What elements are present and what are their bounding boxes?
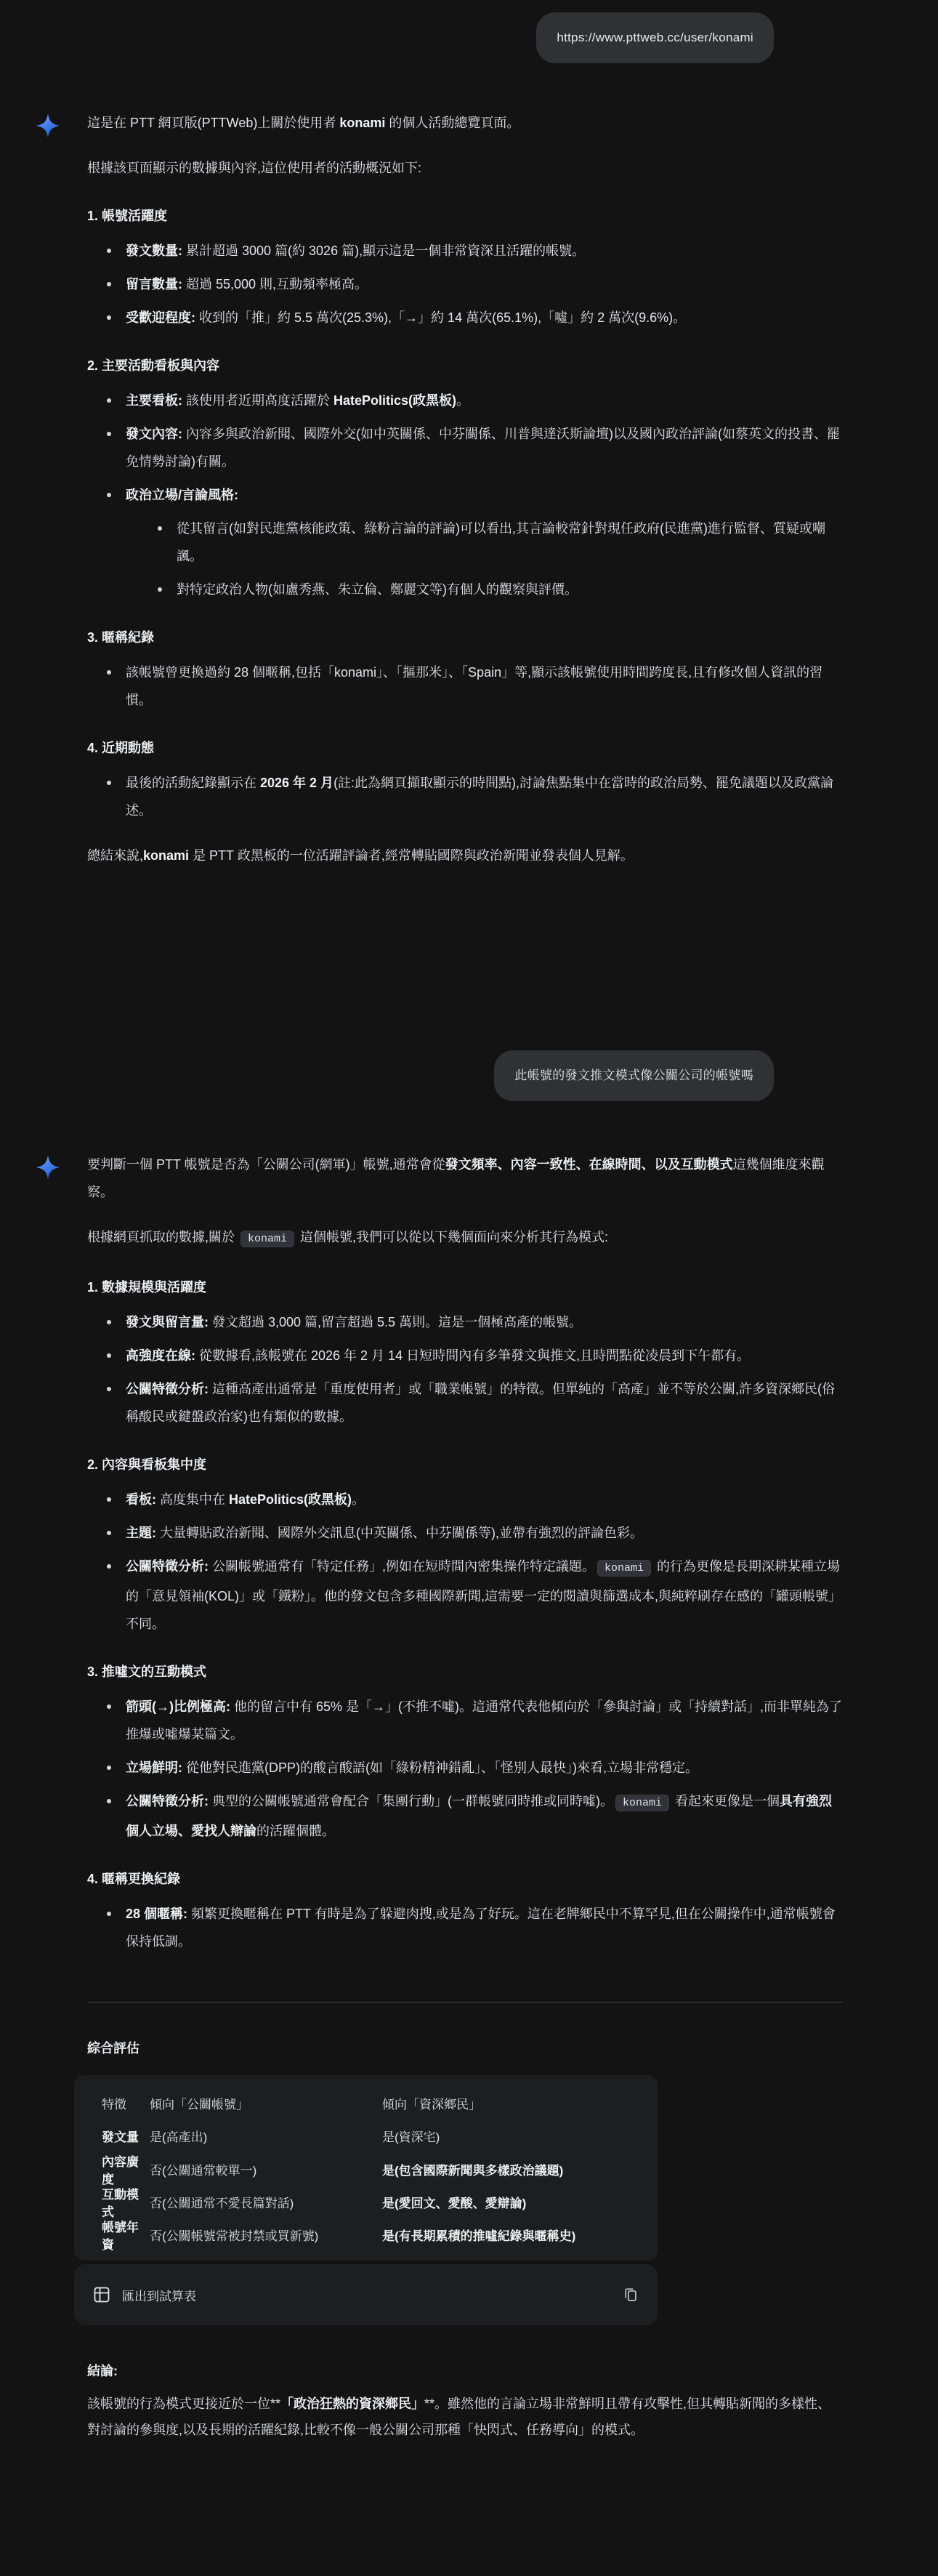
bold-text: konami — [143, 848, 189, 863]
copy-table-button[interactable] — [623, 2287, 639, 2303]
text-run: 典型的公關帳號通常會配合「集團行動」(一群帳號同時推或同時噓)。 — [209, 1794, 613, 1808]
list-item: 公關特徵分析: 典型的公關帳號通常會配合「集團行動」(一群帳號同時推或同時噓)。… — [126, 1787, 843, 1845]
bullet-list: 從其留言(如對民進黨核能政策、綠粉言論的評論)可以看出,其言論較常針對現任政府(… — [126, 515, 843, 603]
list-item: 發文數量: 累計超過 3000 篇(約 3026 篇),顯示這是一個非常資深且活… — [126, 237, 843, 265]
list-item: 政治立場/言論風格:從其留言(如對民進黨核能政策、綠粉言論的評論)可以看出,其言… — [126, 481, 843, 603]
text-run: 這種高產出通常是「重度使用者」或「職業帳號」的特徵。但單純的「高產」並不等於公關… — [126, 1382, 835, 1424]
bold-text: 政治立場/言論風格: — [126, 488, 238, 502]
list-item: 立場鮮明: 從他對民進黨(DPP)的酸言酸語(如「綠粉精神錯亂」、「怪別人最快」… — [126, 1754, 843, 1782]
text-run: 根據網頁抓取的數據,關於 — [87, 1230, 238, 1244]
bold-text: 發文頻率、內容一致性、在線時間、以及互動模式 — [445, 1157, 733, 1172]
bold-text: HatePolitics(政黑板) — [229, 1492, 352, 1507]
bold-text: 高強度在線: — [126, 1348, 195, 1363]
table-row: 內容廣度否(公關通常較單一)是(包含國際新聞與多樣政治議題) — [74, 2154, 658, 2186]
table-cell: 否(公關通常不愛長篇對話) — [150, 2195, 382, 2213]
bold-text: 受歡迎程度: — [126, 310, 195, 325]
table-cell: 內容廣度 — [102, 2154, 150, 2189]
bold-text: 主題: — [126, 1526, 156, 1540]
list-item: 發文與留言量: 發文超過 3,000 篇,留言超過 5.5 萬則。這是一個極高產… — [126, 1308, 843, 1336]
list-item: 看板: 高度集中在 HatePolitics(政黑板)。 — [126, 1486, 843, 1513]
model-response-content: 這是在 PTT 網頁版(PTTWeb)上關於使用者 konami 的個人活動總覽… — [87, 109, 843, 869]
table-cell: 發文量 — [102, 2129, 150, 2146]
model-response-content: 要判斷一個 PTT 帳號是否為「公關公司(網軍)」帳號,通常會從發文頻率、內容一… — [87, 1151, 843, 2443]
table-header-cell: 特徵 — [102, 2096, 150, 2114]
inline-code: konami — [240, 1231, 294, 1247]
text-run: 是 PTT 政黑板的一位活躍評論者,經常轉貼國際與政治新聞並發表個人見解。 — [189, 848, 634, 863]
user-message: 此帳號的發文推文模式像公關公司的帳號嗎 — [494, 1050, 774, 1101]
bold-text: 發文內容: — [126, 427, 182, 441]
bold-text: 結論: — [87, 2364, 118, 2378]
text-run: 發文超過 3,000 篇,留言超過 5.5 萬則。這是一個極高產的帳號。 — [209, 1315, 582, 1329]
paragraph: 結論: — [87, 2357, 843, 2385]
text-run: 4. 暱稱更換紀錄 — [87, 1872, 180, 1886]
bold-text: 2026 年 2 月 — [260, 776, 333, 790]
gemini-sparkle-icon — [36, 1155, 60, 1180]
paragraph: 該帳號的行為模式更接近於一位**「政治狂熱的資深鄉民」**。雖然他的言論立場非常… — [87, 2391, 843, 2443]
bullet-list: 28 個暱稱: 頻繁更換暱稱在 PTT 有時是為了躲避肉搜,或是為了好玩。這在老… — [87, 1900, 843, 1955]
text-run: 從其留言(如對民進黨核能政策、綠粉言論的評論)可以看出,其言論較常針對現任政府(… — [177, 521, 825, 563]
text-run: 4. 近期動態 — [87, 741, 154, 755]
text-run: 。 — [352, 1492, 365, 1507]
text-run: 該帳號的行為模式更接近於一位** — [87, 2396, 280, 2411]
export-to-sheets-button[interactable]: 匯出到試算表 — [93, 2286, 196, 2304]
text-run: 從數據看,該帳號在 2026 年 2 月 14 日短時間內有多筆發文與推文,且時… — [195, 1348, 750, 1363]
text-run: 頻繁更換暱稱在 PTT 有時是為了躲避肉搜,或是為了好玩。這在老牌鄉民中不算罕見… — [126, 1907, 836, 1949]
text-run: 內容多與政治新聞、國際外交(如中英關係、中芬關係、川普與達沃斯論壇)以及國內政治… — [126, 427, 840, 469]
user-message-bubble: https://www.pttweb.cc/user/konami — [536, 12, 774, 63]
paragraph: 根據網頁抓取的數據,關於 konami 這個帳號,我們可以從以下幾個面向來分析其… — [87, 1223, 843, 1253]
text-run: 1. 帳號活躍度 — [87, 209, 167, 223]
text-run: 該使用者近期高度活躍於 — [182, 393, 333, 408]
bold-text: 箭頭(→)比例極高: — [126, 1699, 230, 1714]
section-heading: 4. 近期動態 — [87, 734, 843, 762]
bold-text: 公關特徵分析: — [126, 1382, 209, 1396]
table-cell: 帳號年資 — [102, 2219, 150, 2254]
text-run: 累計超過 3000 篇(約 3026 篇),顯示這是一個非常資深且活躍的帳號。 — [182, 243, 585, 258]
text-run: 2. 主要活動看板與內容 — [87, 358, 219, 373]
section-heading: 1. 數據規模與活躍度 — [87, 1273, 843, 1301]
table-row: 互動模式否(公關通常不愛長篇對話)是(愛回文、愛酸、愛辯論) — [74, 2186, 658, 2219]
bullet-list: 箭頭(→)比例極高: 他的留言中有 65% 是「→」(不推不噓)。這通常代表他傾… — [87, 1693, 843, 1845]
list-item: 從其留言(如對民進黨核能政策、綠粉言論的評論)可以看出,其言論較常針對現任政府(… — [177, 515, 843, 570]
text-run: 收到的「推」約 5.5 萬次(25.3%),「→」約 14 萬次(65.1%),… — [195, 310, 686, 325]
bold-text: 28 個暱稱: — [126, 1907, 187, 1921]
list-item: 留言數量: 超過 55,000 則,互動頻率極高。 — [126, 270, 843, 298]
divider — [87, 2002, 843, 2003]
table-header-cell: 傾向「公關帳號」 — [150, 2096, 382, 2114]
text-run: 最後的活動紀錄顯示在 — [126, 776, 260, 790]
table-cell: 是(資深宅) — [382, 2129, 643, 2146]
text-run: 該帳號曾更換過約 28 個暱稱,包括「konami」、「摳那米」、「Spain」… — [126, 665, 822, 707]
bullet-list: 主要看板: 該使用者近期高度活躍於 HatePolitics(政黑板)。發文內容… — [87, 387, 843, 603]
table-cell: 是(高產出) — [150, 2129, 382, 2146]
text-run: 3. 推噓文的互動模式 — [87, 1665, 206, 1679]
table-cell: 是(愛回文、愛酸、愛辯論) — [382, 2195, 643, 2213]
list-item: 發文內容: 內容多與政治新聞、國際外交(如中英關係、中芬關係、川普與達沃斯論壇)… — [126, 420, 843, 475]
bold-text: 留言數量: — [126, 277, 182, 291]
list-item: 公關特徵分析: 公關帳號通常有「特定任務」,例如在短時間內密集操作特定議題。ko… — [126, 1553, 843, 1638]
table-row: 發文量是(高產出)是(資深宅) — [74, 2121, 658, 2154]
list-item: 高強度在線: 從數據看,該帳號在 2026 年 2 月 14 日短時間內有多筆發… — [126, 1342, 843, 1369]
text-run: 2. 內容與看板集中度 — [87, 1457, 206, 1472]
paragraph: 總結來說,konami 是 PTT 政黑板的一位活躍評論者,經常轉貼國際與政治新… — [87, 842, 843, 869]
section-heading: 綜合評估 — [87, 2034, 843, 2062]
spreadsheet-icon — [93, 2286, 110, 2303]
user-message-bubble: 此帳號的發文推文模式像公關公司的帳號嗎 — [494, 1050, 774, 1101]
export-bar: 匯出到試算表 — [74, 2264, 658, 2325]
gemini-sparkle-icon — [36, 113, 60, 138]
list-item: 箭頭(→)比例極高: 他的留言中有 65% 是「→」(不推不噓)。這通常代表他傾… — [126, 1693, 843, 1748]
text-run: 總結來說, — [87, 848, 143, 863]
bullet-list: 該帳號曾更換過約 28 個暱稱,包括「konami」、「摳那米」、「Spain」… — [87, 659, 843, 714]
table-header-cell: 傾向「資深鄉民」 — [382, 2096, 643, 2114]
table-cell: 否(公關帳號常被封禁或買新號) — [150, 2228, 382, 2245]
text-run: 的活躍個體。 — [256, 1824, 335, 1838]
text-run: 。 — [456, 393, 469, 408]
section-heading: 1. 帳號活躍度 — [87, 202, 843, 230]
text-run: 綜合評估 — [87, 2041, 140, 2056]
user-message: https://www.pttweb.cc/user/konami — [536, 12, 774, 63]
inline-code: konami — [615, 1795, 669, 1811]
bold-text: 公關特徵分析: — [126, 1559, 209, 1574]
copy-icon — [623, 2287, 639, 2303]
list-item: 公關特徵分析: 這種高產出通常是「重度使用者」或「職業帳號」的特徵。但單純的「高… — [126, 1375, 843, 1430]
text-run: 大量轉貼政治新聞、國際外交訊息(中英關係、中芬關係等),並帶有強烈的評論色彩。 — [156, 1526, 643, 1540]
bold-text: 看板: — [126, 1492, 156, 1507]
table-row: 帳號年資否(公關帳號常被封禁或買新號)是(有長期累積的推噓紀錄與暱稱史) — [74, 2219, 658, 2252]
paragraph: 這是在 PTT 網頁版(PTTWeb)上關於使用者 konami 的個人活動總覽… — [87, 109, 843, 137]
list-item: 主題: 大量轉貼政治新聞、國際外交訊息(中英關係、中芬關係等),並帶有強烈的評論… — [126, 1519, 843, 1547]
section-heading: 3. 暱稱紀錄 — [87, 624, 843, 651]
bold-text: 「政治狂熱的資深鄉民」 — [280, 2396, 424, 2411]
text-run: 從他對民進黨(DPP)的酸言酸語(如「綠粉精神錯亂」、「怪別人最快」)來看,立場… — [182, 1760, 698, 1775]
bold-text: 公關特徵分析: — [126, 1794, 209, 1808]
text-run: 看起來更像是一個 — [671, 1794, 780, 1808]
text-run: 公關帳號通常有「特定任務」,例如在短時間內密集操作特定議題。 — [209, 1559, 595, 1574]
bold-text: 立場鮮明: — [126, 1760, 182, 1775]
text-run: 1. 數據規模與活躍度 — [87, 1280, 206, 1295]
bullet-list: 最後的活動紀錄顯示在 2026 年 2 月(註:此為網頁擷取顯示的時間點),討論… — [87, 769, 843, 824]
paragraph: 要判斷一個 PTT 帳號是否為「公關公司(網軍)」帳號,通常會從發文頻率、內容一… — [87, 1151, 843, 1206]
bullet-list: 發文與留言量: 發文超過 3,000 篇,留言超過 5.5 萬則。這是一個極高產… — [87, 1308, 843, 1430]
table-cell: 互動模式 — [102, 2186, 150, 2221]
text-run: 這個帳號,我們可以從以下幾個面向來分析其行為模式: — [296, 1230, 608, 1244]
text-run: 高度集中在 — [156, 1492, 229, 1507]
bold-text: konami — [339, 116, 385, 130]
section-heading: 2. 內容與看板集中度 — [87, 1451, 843, 1478]
bold-text: 發文與留言量: — [126, 1315, 209, 1329]
bold-text: 主要看板: — [126, 393, 182, 408]
bold-text: 發文數量: — [126, 243, 182, 258]
list-item: 最後的活動紀錄顯示在 2026 年 2 月(註:此為網頁擷取顯示的時間點),討論… — [126, 769, 843, 824]
table-cell: 是(包含國際新聞與多樣政治議題) — [382, 2162, 643, 2180]
model-response: 這是在 PTT 網頁版(PTTWeb)上關於使用者 konami 的個人活動總覽… — [0, 109, 938, 869]
text-run: 他的留言中有 65% 是「→」(不推不噓)。這通常代表他傾向於「參與討論」或「持… — [126, 1699, 842, 1742]
table-cell: 是(有長期累積的推噓紀錄與暱稱史) — [382, 2228, 643, 2245]
text-run: 3. 暱稱紀錄 — [87, 630, 154, 645]
text-run: 根據該頁面顯示的數據與內容,這位使用者的活動概況如下: — [87, 161, 421, 175]
bullet-list: 看板: 高度集中在 HatePolitics(政黑板)。主題: 大量轉貼政治新聞… — [87, 1486, 843, 1638]
section-heading: 4. 暱稱更換紀錄 — [87, 1865, 843, 1893]
text-run: 要判斷一個 PTT 帳號是否為「公關公司(網軍)」帳號,通常會從 — [87, 1157, 445, 1172]
text-run: 對特定政治人物(如盧秀燕、朱立倫、鄭麗文等)有個人的觀察與評價。 — [177, 582, 578, 597]
text-run: 這是在 PTT 網頁版(PTTWeb)上關於使用者 — [87, 116, 339, 130]
list-item: 對特定政治人物(如盧秀燕、朱立倫、鄭麗文等)有個人的觀察與評價。 — [177, 576, 843, 603]
table-cell: 否(公關通常較單一) — [150, 2162, 382, 2180]
text-run: 超過 55,000 則,互動頻率極高。 — [182, 277, 368, 291]
section-heading: 2. 主要活動看板與內容 — [87, 352, 843, 379]
list-item: 該帳號曾更換過約 28 個暱稱,包括「konami」、「摳那米」、「Spain」… — [126, 659, 843, 714]
list-item: 受歡迎程度: 收到的「推」約 5.5 萬次(25.3%),「→」約 14 萬次(… — [126, 304, 843, 331]
section-heading: 3. 推噓文的互動模式 — [87, 1658, 843, 1686]
table-header-row: 特徵傾向「公關帳號」傾向「資深鄉民」 — [74, 2088, 658, 2121]
text-run: 的個人活動總覽頁面。 — [385, 116, 519, 130]
paragraph: 根據該頁面顯示的數據與內容,這位使用者的活動概況如下: — [87, 154, 843, 182]
comparison-table: 特徵傾向「公關帳號」傾向「資深鄉民」發文量是(高產出)是(資深宅)內容廣度否(公… — [74, 2075, 658, 2261]
bold-text: HatePolitics(政黑板) — [333, 393, 456, 408]
list-item: 主要看板: 該使用者近期高度活躍於 HatePolitics(政黑板)。 — [126, 387, 843, 414]
export-label: 匯出到試算表 — [122, 2286, 196, 2304]
bullet-list: 發文數量: 累計超過 3000 篇(約 3026 篇),顯示這是一個非常資深且活… — [87, 237, 843, 331]
model-response: 要判斷一個 PTT 帳號是否為「公關公司(網軍)」帳號,通常會從發文頻率、內容一… — [0, 1151, 938, 2443]
inline-code: konami — [597, 1560, 651, 1577]
list-item: 28 個暱稱: 頻繁更換暱稱在 PTT 有時是為了躲避肉搜,或是為了好玩。這在老… — [126, 1900, 843, 1955]
